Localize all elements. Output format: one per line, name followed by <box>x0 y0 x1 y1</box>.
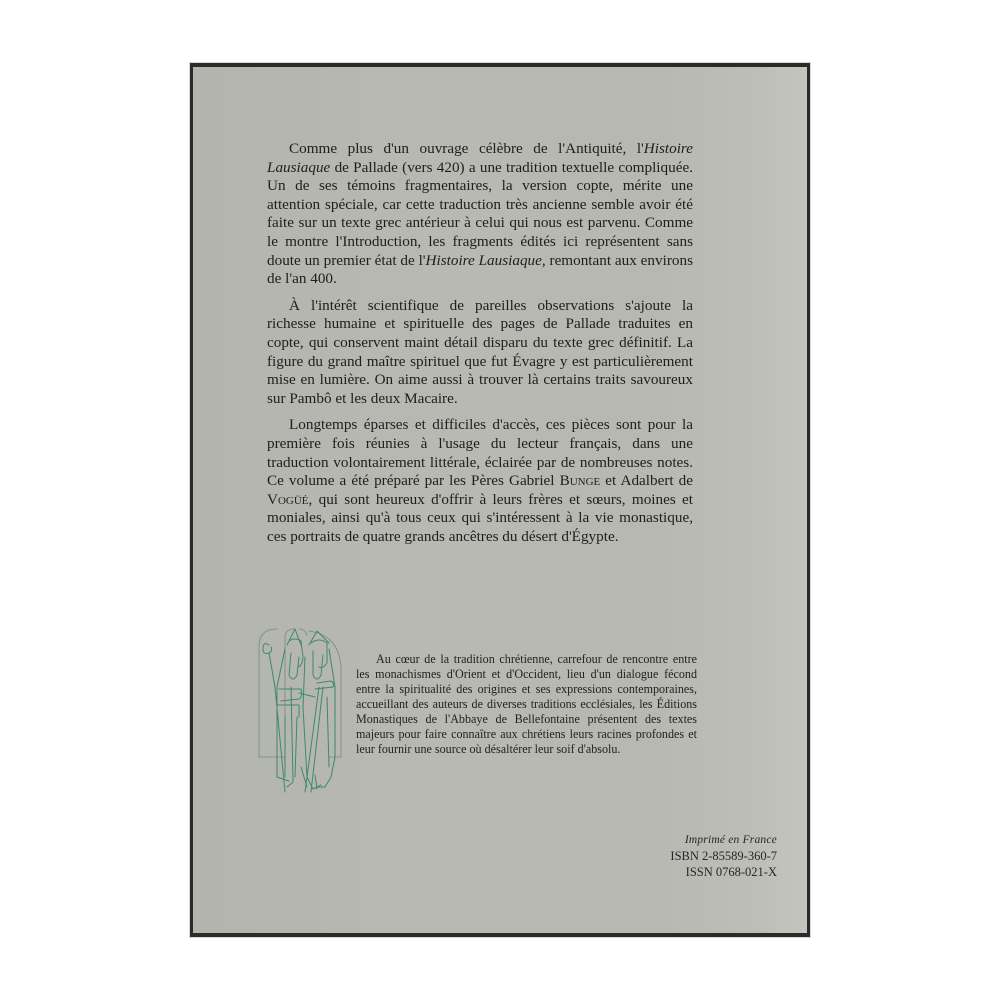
summary-text: Comme plus d'un ouvrage célèbre de l'Ant… <box>267 140 693 554</box>
text-segment: Comme plus d'un ouvrage célèbre de l'Ant… <box>289 140 644 157</box>
summary-paragraph: Comme plus d'un ouvrage célèbre de l'Ant… <box>267 140 693 289</box>
text-segment: , qui sont heureux d'offrir à leurs frèr… <box>267 491 693 545</box>
summary-paragraph: À l'intérêt scientifique de pareilles ob… <box>267 297 693 409</box>
imprint-block: Imprimé en France ISBN 2-85589-360-7 ISS… <box>670 832 777 880</box>
isbn-label: ISBN 2-85589-360-7 <box>670 848 777 864</box>
publisher-note-text: Au cœur de la tradition chrétienne, carr… <box>356 652 697 757</box>
monk-left <box>263 629 303 792</box>
photo-background: Comme plus d'un ouvrage célèbre de l'Ant… <box>0 0 1000 1000</box>
printed-in-label: Imprimé en France <box>670 832 777 848</box>
text-segment: À l'intérêt scientifique de pareilles ob… <box>267 297 693 407</box>
summary-paragraph: Longtemps éparses et difficiles d'accès,… <box>267 416 693 546</box>
author-name: Vogüé <box>267 491 309 508</box>
two-monks-illustration-icon <box>255 627 345 797</box>
book-title: Histoire Lausiaque <box>426 252 542 269</box>
book-back-cover: Comme plus d'un ouvrage célèbre de l'Ant… <box>190 63 810 937</box>
text-segment: et Adalbert de <box>600 472 693 489</box>
monk-right <box>299 631 335 792</box>
issn-label: ISSN 0768-021-X <box>670 864 777 880</box>
publisher-note: Au cœur de la tradition chrétienne, carr… <box>356 652 697 757</box>
author-name: Bunge <box>560 472 601 489</box>
